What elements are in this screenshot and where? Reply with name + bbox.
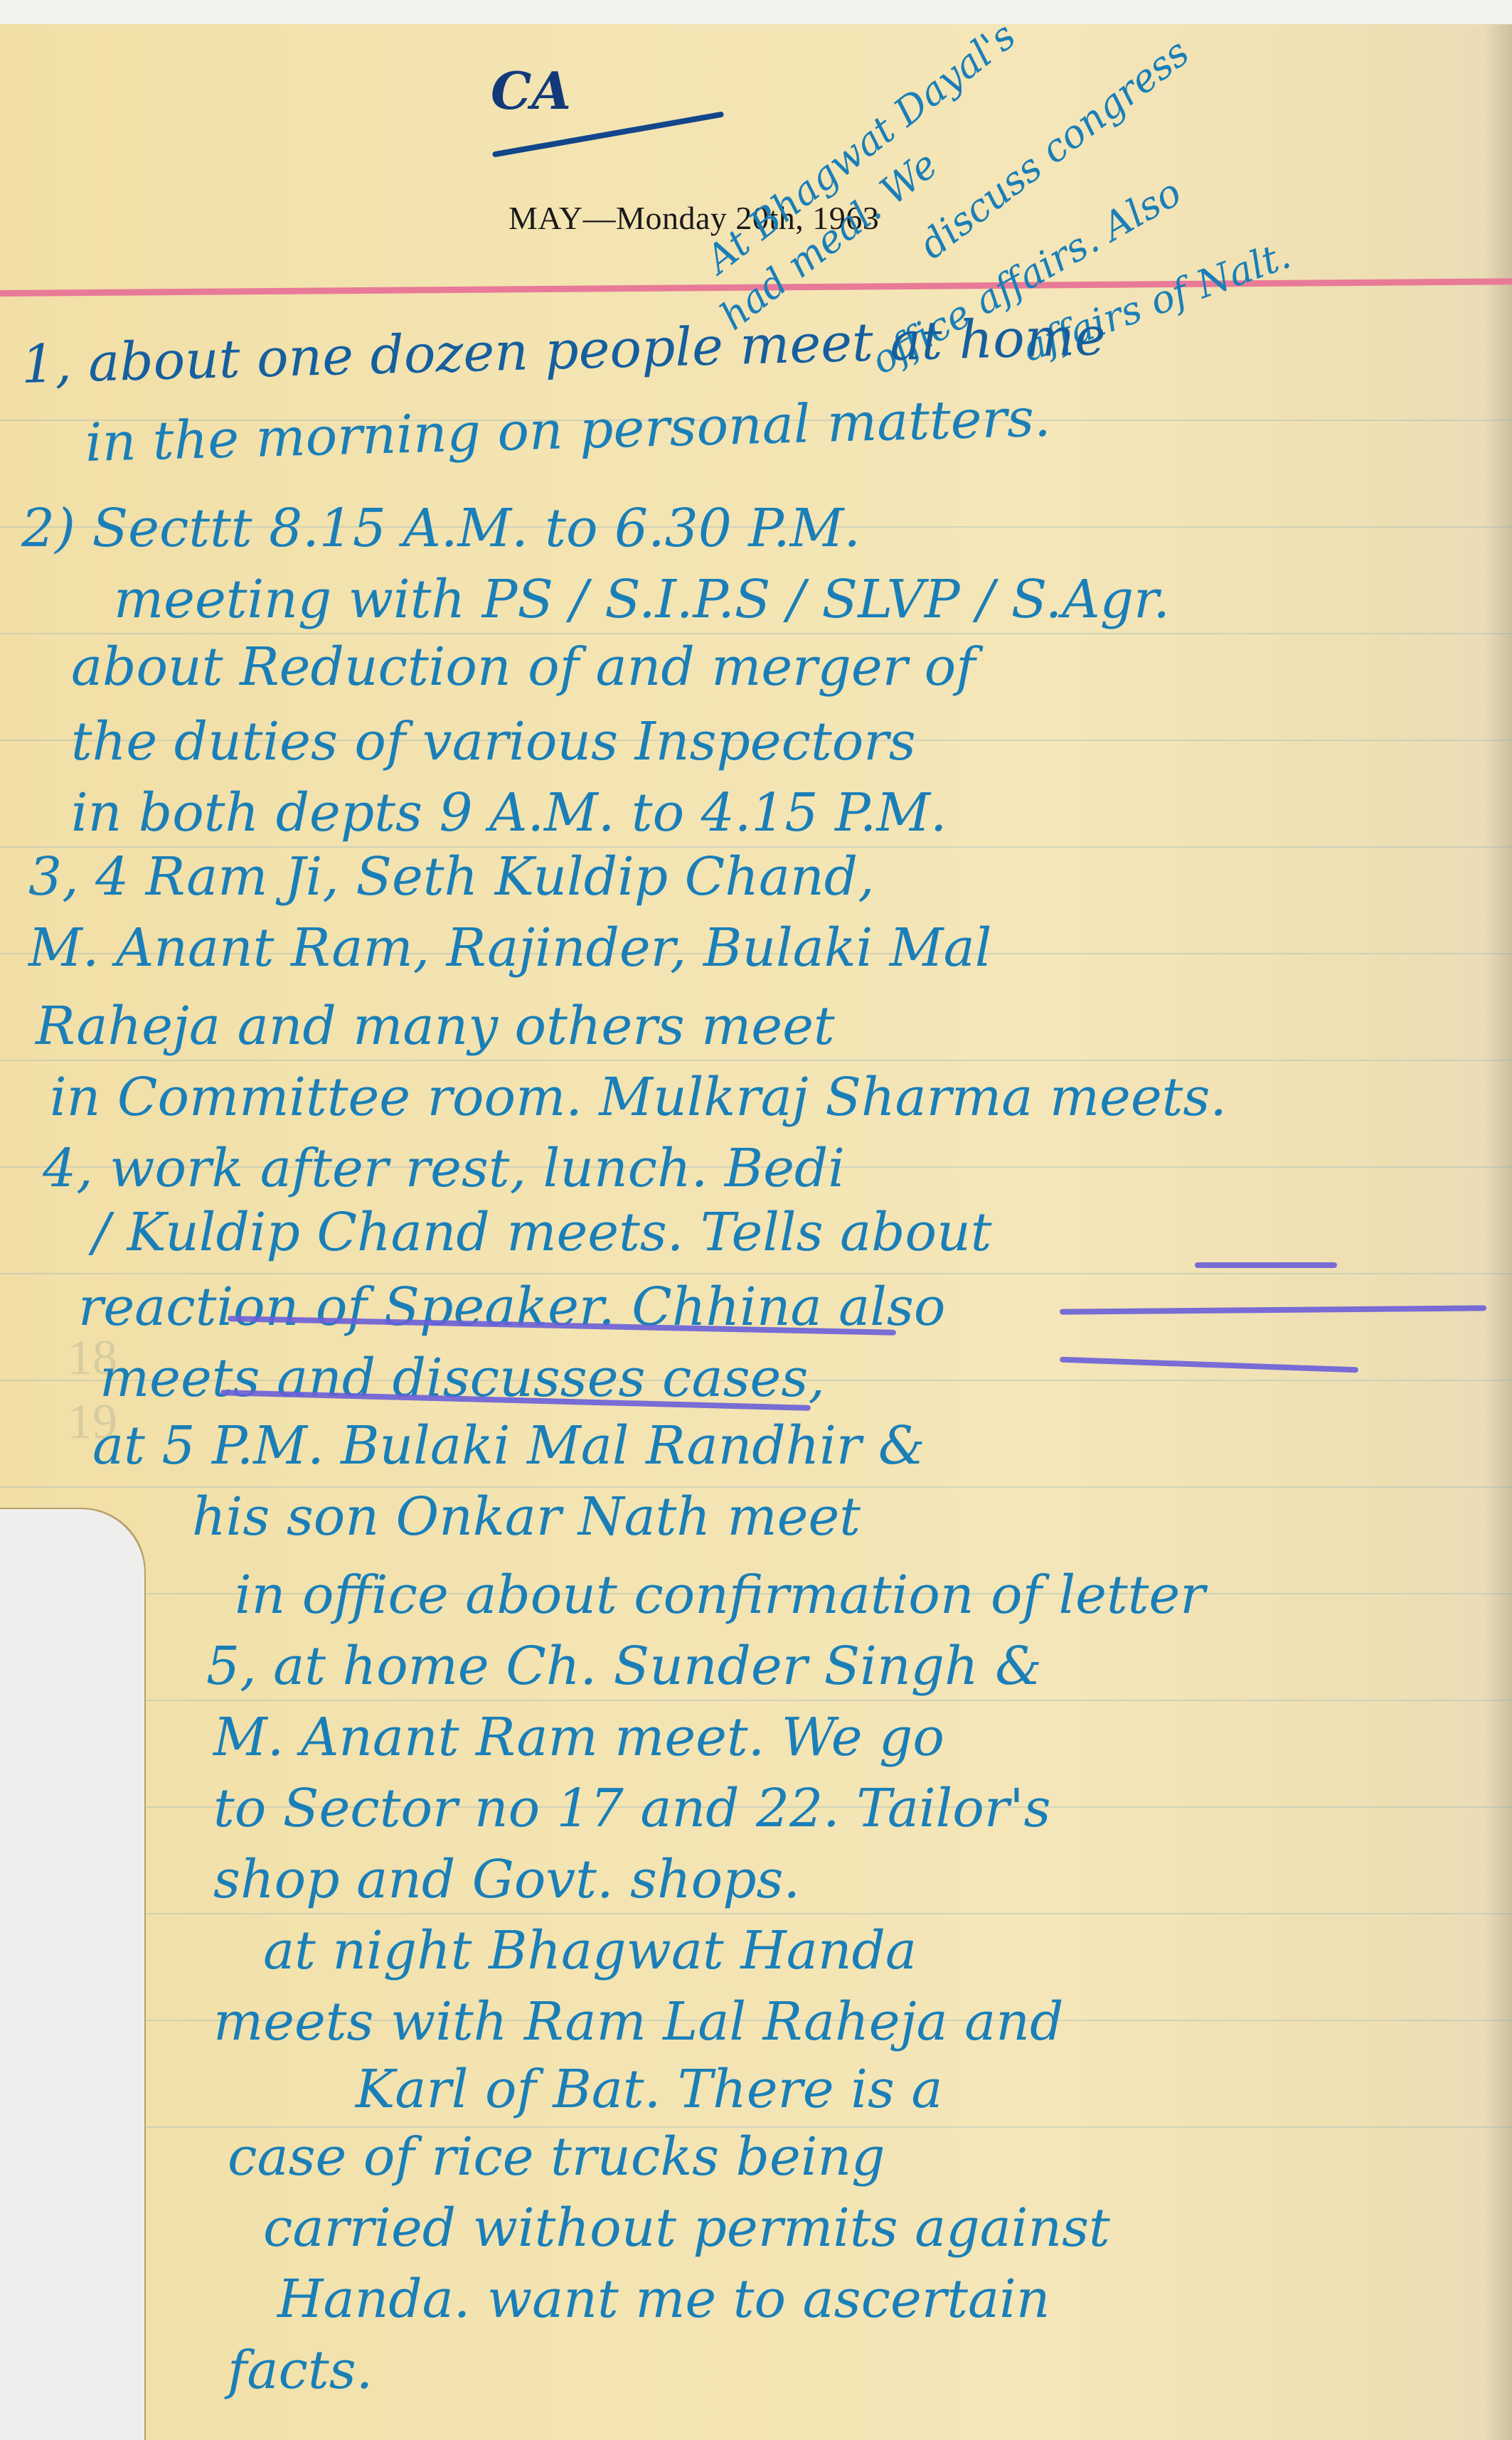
entry-line: M. Anant Ram meet. We go xyxy=(213,1707,944,1768)
entry-line: meets with Ram Lal Raheja and xyxy=(213,1991,1063,2052)
index-tab-cutout xyxy=(0,1508,146,2440)
scan-border-top xyxy=(0,0,1512,24)
entry-line: at 5 P.M. Bulaki Mal Randhir & xyxy=(92,1415,925,1476)
entry-line: the duties of various Inspectors xyxy=(71,711,916,772)
entry-line: facts. xyxy=(228,2340,373,2401)
entry-line: in office about confirmation of letter xyxy=(235,1565,1205,1626)
margin-note: At Bhagwat Dayal's had meal. We discuss … xyxy=(711,28,1422,327)
entry-line: Raheja and many others meet xyxy=(36,996,835,1057)
entry-line: in both depts 9 A.M. to 4.15 P.M. xyxy=(71,782,947,843)
entry-line: meeting with PS / S.I.P.S / SLVP / S.Agr… xyxy=(114,569,1170,630)
entry-line: 3, 4 Ram Ji, Seth Kuldip Chand, xyxy=(28,846,875,907)
entry-line: shop and Govt. shops. xyxy=(213,1849,800,1910)
entry-line: carried without permits against xyxy=(263,2197,1110,2259)
entry-line: case of rice trucks being xyxy=(228,2126,885,2188)
entry-line: Karl of Bat. There is a xyxy=(356,2059,943,2120)
entry-line: 5, at home Ch. Sunder Singh & xyxy=(206,1636,1042,1697)
entry-line: 4, work after rest, lunch. Bedi xyxy=(43,1138,845,1199)
entry-line: Handa. want me to ascertain xyxy=(277,2269,1050,2330)
entry-line: to Sector no 17 and 22. Tailor's xyxy=(213,1778,1051,1839)
entry-line: about Reduction of and merger of xyxy=(71,636,976,698)
entry-line: 2) Secttt 8.15 A.M. to 6.30 P.M. xyxy=(21,498,861,559)
page-gutter-shadow xyxy=(1484,24,1512,2440)
entry-line: M. Anant Ram, Rajinder, Bulaki Mal xyxy=(28,917,991,979)
underline-bedi xyxy=(1195,1262,1337,1268)
entry-line: / Kuldip Chand meets. Tells about xyxy=(92,1202,992,1263)
entry-line: in Committee room. Mulkraj Sharma meets. xyxy=(50,1067,1227,1128)
entry-line: at night Bhagwat Handa xyxy=(263,1920,917,1981)
entry-line: his son Onkar Nath meet xyxy=(192,1486,861,1547)
initials-signature: CA xyxy=(491,60,571,121)
